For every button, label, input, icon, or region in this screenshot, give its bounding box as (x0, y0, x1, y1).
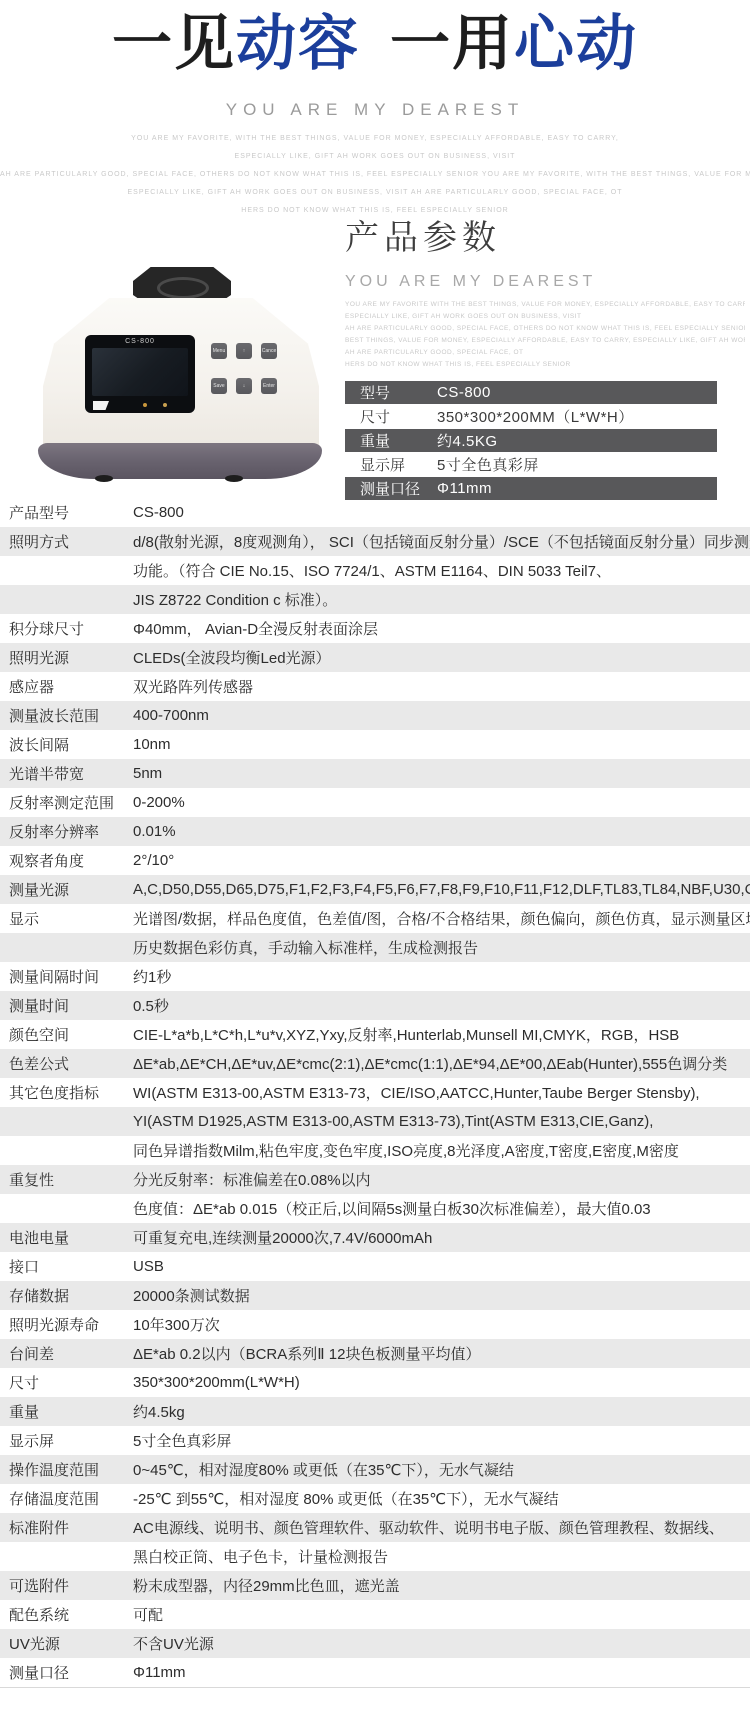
quick-spec-value: Φ11mm (437, 480, 717, 497)
spec-value: CLEDs(全波段均衡Led光源） (133, 647, 750, 668)
spectrophotometer-image: CS-800 Menu↑CanceSave↓Enter (25, 205, 335, 490)
spec-label: 反射率测定范围 (0, 792, 133, 813)
spec-value: 5nm (133, 765, 750, 782)
spec-label: 显示屏 (0, 1430, 133, 1451)
spec-label: 测量时间 (0, 995, 133, 1016)
spec-row: YI(ASTM D1925,ASTM E313-00,ASTM E313-73)… (0, 1107, 750, 1136)
spec-label: 其它色度指标 (0, 1082, 133, 1103)
fine-print-line: YOU ARE MY FAVORITE WITH THE BEST THINGS… (345, 299, 745, 311)
fine-print-line: ESPECIALLY LIKE, GIFT AH WORK GOES OUT O… (345, 311, 745, 323)
spec-label: 重复性 (0, 1169, 133, 1190)
spec-row: 重量 约4.5kg (0, 1397, 750, 1426)
spec-value: Φ11mm (133, 1664, 750, 1681)
spec-value: CIE-L*a*b,L*C*h,L*u*v,XYZ,Yxy,反射率,Hunter… (133, 1024, 750, 1045)
spec-label: 产品型号 (0, 502, 133, 523)
spec-value: d/8(散射光源，8度观测角）， SCI（包括镜面反射分量）/SCE（不包括镜面… (133, 531, 750, 552)
spec-row: 光谱半带宽 5nm (0, 759, 750, 788)
spec-value: 可配 (133, 1604, 750, 1625)
spec-label: 可选附件 (0, 1575, 133, 1596)
device-button: Save (211, 378, 227, 394)
spec-label: 存储数据 (0, 1285, 133, 1306)
spec-value: 光谱图/数据，样品色度值，色差值/图，合格/不合格结果，颜色偏向，颜色仿真，显示… (133, 908, 750, 929)
spec-value: USB (133, 1258, 750, 1275)
fine-print-line: BEST THINGS, VALUE FOR MONEY, ESPECIALLY… (345, 335, 745, 347)
spec-value: 粉末成型器，内径29mm比色皿，遮光盖 (133, 1575, 750, 1596)
quick-spec-label: 重量 (345, 430, 437, 451)
spec-row: JIS Z8722 Condition c 标准）。 (0, 585, 750, 614)
product-section: CS-800 Menu↑CanceSave↓Enter 产品参数 YOU ARE… (0, 200, 750, 495)
spec-value: 分光反射率：标准偏差在0.08%以内 (133, 1169, 750, 1190)
spec-label: 光谱半带宽 (0, 763, 133, 784)
device-button: Menu (211, 343, 227, 359)
spec-label: UV光源 (0, 1633, 133, 1654)
spec-value: 约1秒 (133, 966, 750, 987)
section-title: 产品参数 (345, 210, 745, 259)
spec-value: -25℃ 到55℃，相对湿度 80% 或更低（在35℃下），无水气凝结 (133, 1488, 750, 1509)
spec-value: 同色异谱指数Milm,粘色牢度,变色牢度,ISO亮度,8光泽度,A密度,T密度,… (133, 1140, 750, 1161)
spec-label: 颜色空间 (0, 1024, 133, 1045)
status-indicator-icon (143, 403, 147, 407)
spec-value: A,C,D50,D55,D65,D75,F1,F2,F3,F4,F5,F6,F7… (133, 881, 750, 898)
device-foot (225, 475, 243, 482)
quick-spec-row: 重量 约4.5KG (345, 429, 717, 452)
spec-row: 测量口径 Φ11mm (0, 1658, 750, 1687)
spec-value: 功能。（符合 CIE No.15、ISO 7724/1、ASTM E1164、D… (133, 560, 750, 581)
spec-row: 观察者角度 2°/10° (0, 846, 750, 875)
quick-spec-value: 约4.5KG (437, 430, 717, 451)
spec-value: ΔE*ab,ΔE*CH,ΔE*uv,ΔE*cmc(2:1),ΔE*cmc(1:1… (133, 1053, 750, 1074)
fine-print-line: YOU ARE MY FAVORITE, WITH THE BEST THING… (0, 130, 750, 148)
hero-header: 一见动容一用心动 YOU ARE MY DEAREST YOU ARE MY F… (0, 0, 750, 200)
spec-label: 积分球尺寸 (0, 618, 133, 639)
spec-label: 反射率分辨率 (0, 821, 133, 842)
spec-value: CS-800 (133, 504, 750, 521)
spec-label: 感应器 (0, 676, 133, 697)
fine-print-line: HERS DO NOT KNOW WHAT THIS IS, FEEL ESPE… (345, 359, 745, 371)
hero-subtitle: YOU ARE MY DEAREST (0, 100, 750, 120)
spec-row: 历史数据色彩仿真，手动输入标准样，生成检测报告 (0, 933, 750, 962)
spec-label: 波长间隔 (0, 734, 133, 755)
spec-row: 测量间隔时间 约1秒 (0, 962, 750, 991)
spec-label: 测量光源 (0, 879, 133, 900)
device-button: ↑ (236, 343, 252, 359)
power-indicator-icon (163, 403, 167, 407)
spec-value: 20000条测试数据 (133, 1285, 750, 1306)
quick-spec-row: 显示屏 5寸全色真彩屏 (345, 453, 717, 476)
section-fine-print: YOU ARE MY FAVORITE WITH THE BEST THINGS… (345, 299, 745, 371)
spec-value: 历史数据色彩仿真，手动输入标准样，生成检测报告 (133, 937, 750, 958)
spec-label: 电池电量 (0, 1227, 133, 1248)
hero-title-part: 一见 (112, 10, 236, 77)
spec-row: 黑白校正筒、电子色卡，计量检测报告 (0, 1542, 750, 1571)
hero-title-part: 一用 (390, 10, 514, 77)
spec-value: 双光路阵列传感器 (133, 676, 750, 697)
device-lcd (92, 348, 188, 396)
fine-print-line: AH ARE PARTICULARLY GOOD, SPECIAL FACE, … (0, 166, 750, 184)
quick-spec-label: 测量口径 (345, 478, 437, 499)
device-keypad: Menu↑CanceSave↓Enter (211, 343, 293, 401)
spec-label: 存储温度范围 (0, 1488, 133, 1509)
device-base (38, 443, 322, 479)
spec-label: 测量间隔时间 (0, 966, 133, 987)
spec-value: 不含UV光源 (133, 1633, 750, 1654)
spec-row: 电池电量 可重复充电,连续测量20000次,7.4V/6000mAh (0, 1223, 750, 1252)
spec-value: ΔE*ab 0.2以内（BCRA系列Ⅱ 12块色板测量平均值） (133, 1343, 750, 1364)
spec-row: 接口 USB (0, 1252, 750, 1281)
spec-row: 色度值：ΔE*ab 0.015（校正后,以间隔5s测量白板30次标准偏差），最大… (0, 1194, 750, 1223)
spec-label: 色差公式 (0, 1053, 133, 1074)
spec-label: 台间差 (0, 1343, 133, 1364)
spec-row: 色差公式 ΔE*ab,ΔE*CH,ΔE*uv,ΔE*cmc(2:1),ΔE*cm… (0, 1049, 750, 1078)
spec-row: 可选附件 粉末成型器，内径29mm比色皿，遮光盖 (0, 1571, 750, 1600)
quick-spec-label: 型号 (345, 382, 437, 403)
spec-row: 操作温度范围 0~45℃，相对湿度80% 或更低（在35℃下），无水气凝结 (0, 1455, 750, 1484)
spec-row: 颜色空间 CIE-L*a*b,L*C*h,L*u*v,XYZ,Yxy,反射率,H… (0, 1020, 750, 1049)
device-button: Enter (261, 378, 277, 394)
device-button: ↓ (236, 378, 252, 394)
spec-row: 功能。（符合 CIE No.15、ISO 7724/1、ASTM E1164、D… (0, 556, 750, 585)
spec-value: WI(ASTM E313-00,ASTM E313-73，CIE/ISO,AAT… (133, 1082, 750, 1103)
spec-row: 尺寸 350*300*200mm(L*W*H) (0, 1368, 750, 1397)
brand-logo (93, 401, 109, 410)
spec-label: 照明光源寿命 (0, 1314, 133, 1335)
spec-value: 2°/10° (133, 852, 750, 869)
spec-value: 约4.5kg (133, 1401, 750, 1422)
spec-label: 照明光源 (0, 647, 133, 668)
spec-row: 照明光源寿命 10年300万次 (0, 1310, 750, 1339)
spec-value: 0.01% (133, 823, 750, 840)
quick-spec-value: CS-800 (437, 384, 717, 401)
spec-label: 标准附件 (0, 1517, 133, 1538)
spec-value: 色度值：ΔE*ab 0.015（校正后,以间隔5s测量白板30次标准偏差），最大… (133, 1198, 750, 1219)
spec-label: 测量口径 (0, 1662, 133, 1683)
spec-row: 照明光源 CLEDs(全波段均衡Led光源） (0, 643, 750, 672)
spec-row: 产品型号 CS-800 (0, 498, 750, 527)
spec-value: 400-700nm (133, 707, 750, 724)
spec-row: 台间差 ΔE*ab 0.2以内（BCRA系列Ⅱ 12块色板测量平均值） (0, 1339, 750, 1368)
spec-value: Φ40mm， Avian-D全漫反射表面涂层 (133, 618, 750, 639)
quick-spec-table: 型号 CS-800 尺寸 350*300*200MM（L*W*H） 重量 约4.… (345, 381, 717, 500)
spec-row: 照明方式 d/8(散射光源，8度观测角）， SCI（包括镜面反射分量）/SCE（… (0, 527, 750, 556)
fine-print-line: AH ARE PARTICULARLY GOOD, SPECIAL FACE, … (345, 323, 745, 335)
spec-row: 感应器 双光路阵列传感器 (0, 672, 750, 701)
spec-label: 操作温度范围 (0, 1459, 133, 1480)
spec-label: 照明方式 (0, 531, 133, 552)
spec-value: 可重复充电,连续测量20000次,7.4V/6000mAh (133, 1227, 750, 1248)
quick-spec-label: 显示屏 (345, 454, 437, 475)
product-detail-page: 一见动容一用心动 YOU ARE MY DEAREST YOU ARE MY F… (0, 0, 750, 1717)
spec-label: 尺寸 (0, 1372, 133, 1393)
spec-table: 产品型号 CS-800 照明方式 d/8(散射光源，8度观测角）， SCI（包括… (0, 498, 750, 1688)
product-params-panel: 产品参数 YOU ARE MY DEAREST YOU ARE MY FAVOR… (345, 210, 745, 501)
spec-row: 反射率测定范围 0-200% (0, 788, 750, 817)
spec-row: 积分球尺寸 Φ40mm， Avian-D全漫反射表面涂层 (0, 614, 750, 643)
spec-row: 测量波长范围 400-700nm (0, 701, 750, 730)
hero-title-part: 心动 (514, 10, 638, 77)
quick-spec-value: 350*300*200MM（L*W*H） (437, 406, 717, 427)
quick-spec-label: 尺寸 (345, 406, 437, 427)
spec-row: 测量时间 0.5秒 (0, 991, 750, 1020)
spec-label: 重量 (0, 1401, 133, 1422)
fine-print-line: AH ARE PARTICULARLY GOOD, SPECIAL FACE, … (345, 347, 745, 359)
spec-row: 配色系统 可配 (0, 1600, 750, 1629)
device-foot (95, 475, 113, 482)
spec-value: 10年300万次 (133, 1314, 750, 1335)
quick-spec-value: 5寸全色真彩屏 (437, 454, 717, 475)
spec-row: 重复性 分光反射率：标准偏差在0.08%以内 (0, 1165, 750, 1194)
hero-title-part: 动容 (236, 10, 360, 77)
fine-print-line: ESPECIALLY LIKE, GIFT AH WORK GOES OUT O… (0, 148, 750, 166)
spec-label: 配色系统 (0, 1604, 133, 1625)
spec-value: 10nm (133, 736, 750, 753)
spec-value: 0~45℃，相对湿度80% 或更低（在35℃下），无水气凝结 (133, 1459, 750, 1480)
spec-value: 0.5秒 (133, 995, 750, 1016)
spec-row: 测量光源 A,C,D50,D55,D65,D75,F1,F2,F3,F4,F5,… (0, 875, 750, 904)
spec-value: 黑白校正筒、电子色卡，计量检测报告 (133, 1546, 750, 1567)
spec-value: 0-200% (133, 794, 750, 811)
spec-row: 标准附件 AC电源线、说明书、颜色管理软件、驱动软件、说明书电子版、颜色管理教程… (0, 1513, 750, 1542)
quick-spec-row: 测量口径 Φ11mm (345, 477, 717, 500)
spec-row: 显示屏 5寸全色真彩屏 (0, 1426, 750, 1455)
spec-row: 存储数据 20000条测试数据 (0, 1281, 750, 1310)
spec-row: 同色异谱指数Milm,粘色牢度,变色牢度,ISO亮度,8光泽度,A密度,T密度,… (0, 1136, 750, 1165)
spec-row: UV光源 不含UV光源 (0, 1629, 750, 1658)
spec-value: 5寸全色真彩屏 (133, 1430, 750, 1451)
spec-label: 显示 (0, 908, 133, 929)
hero-title: 一见动容一用心动 (0, 0, 750, 78)
device-screen: CS-800 (85, 335, 195, 413)
spec-row: 显示 光谱图/数据，样品色度值，色差值/图，合格/不合格结果，颜色偏向，颜色仿真… (0, 904, 750, 933)
quick-spec-row: 型号 CS-800 (345, 381, 717, 404)
device-model-label: CS-800 (85, 338, 195, 345)
spec-row: 波长间隔 10nm (0, 730, 750, 759)
spec-value: YI(ASTM D1925,ASTM E313-00,ASTM E313-73)… (133, 1113, 750, 1130)
spec-label: 测量波长范围 (0, 705, 133, 726)
spec-label: 观察者角度 (0, 850, 133, 871)
spec-row: 反射率分辨率 0.01% (0, 817, 750, 846)
spec-label: 接口 (0, 1256, 133, 1277)
spec-value: 350*300*200mm(L*W*H) (133, 1374, 750, 1391)
section-subtitle: YOU ARE MY DEAREST (345, 273, 745, 291)
device-button: Cance (261, 343, 277, 359)
spec-row: 存储温度范围 -25℃ 到55℃，相对湿度 80% 或更低（在35℃下），无水气… (0, 1484, 750, 1513)
spec-value: JIS Z8722 Condition c 标准）。 (133, 589, 750, 610)
quick-spec-row: 尺寸 350*300*200MM（L*W*H） (345, 405, 717, 428)
spec-value: AC电源线、说明书、颜色管理软件、驱动软件、说明书电子版、颜色管理教程、数据线、 (133, 1517, 750, 1538)
spec-row: 其它色度指标 WI(ASTM E313-00,ASTM E313-73，CIE/… (0, 1078, 750, 1107)
